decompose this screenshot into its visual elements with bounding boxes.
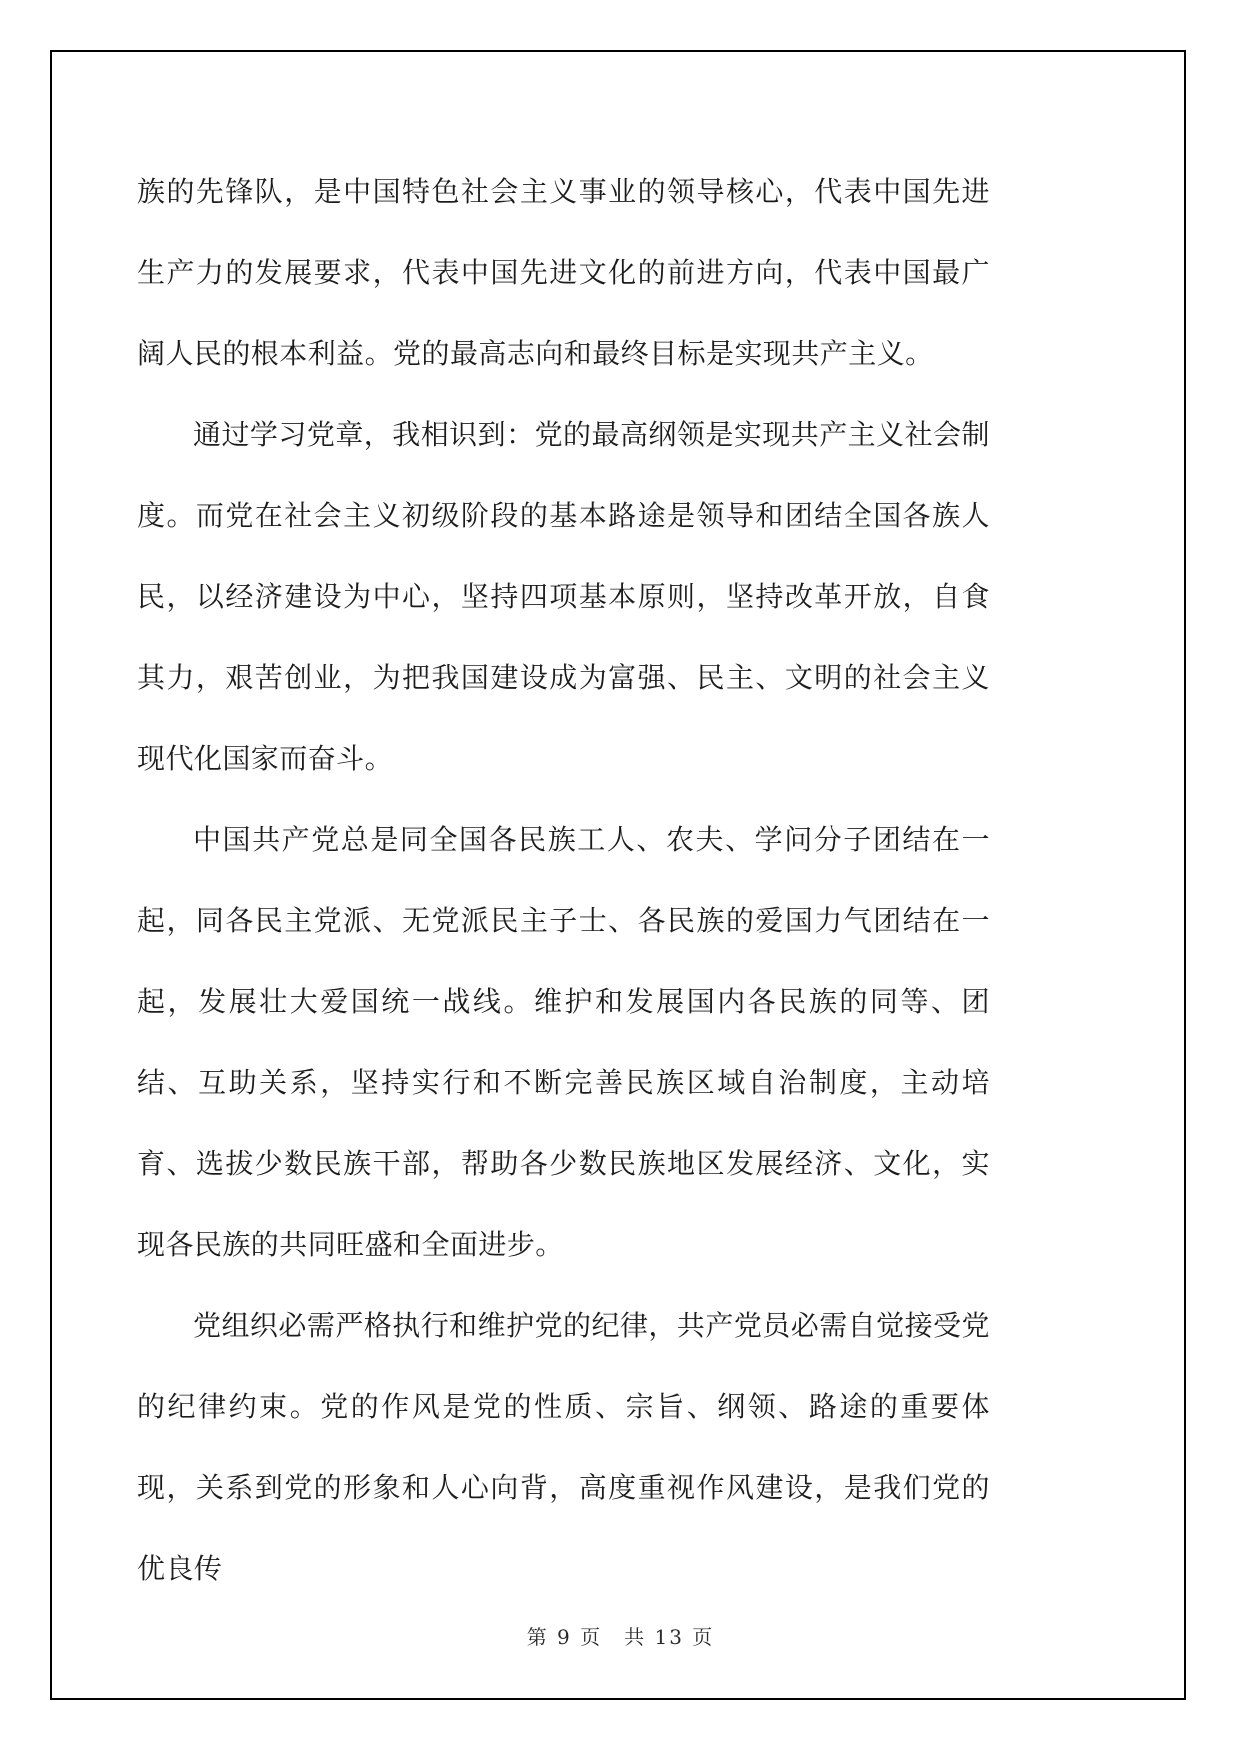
paragraph: 党组织必需严格执行和维护党的纪律，共产党员必需自觉接受党的纪律约束。党的作风是党… [137, 1285, 990, 1609]
paragraph: 通过学习党章，我相识到：党的最高纲领是实现共产主义社会制度。而党在社会主义初级阶… [137, 394, 990, 799]
paragraph: 中国共产党总是同全国各民族工人、农夫、学问分子团结在一起，同各民主党派、无党派民… [137, 799, 990, 1285]
document-body: 族的先锋队，是中国特色社会主义事业的领导核心，代表中国先进生产力的发展要求，代表… [137, 151, 990, 1609]
paragraph: 族的先锋队，是中国特色社会主义事业的领导核心，代表中国先进生产力的发展要求，代表… [137, 151, 990, 394]
page-footer: 第 9 页 共 13 页 [0, 1624, 1241, 1650]
